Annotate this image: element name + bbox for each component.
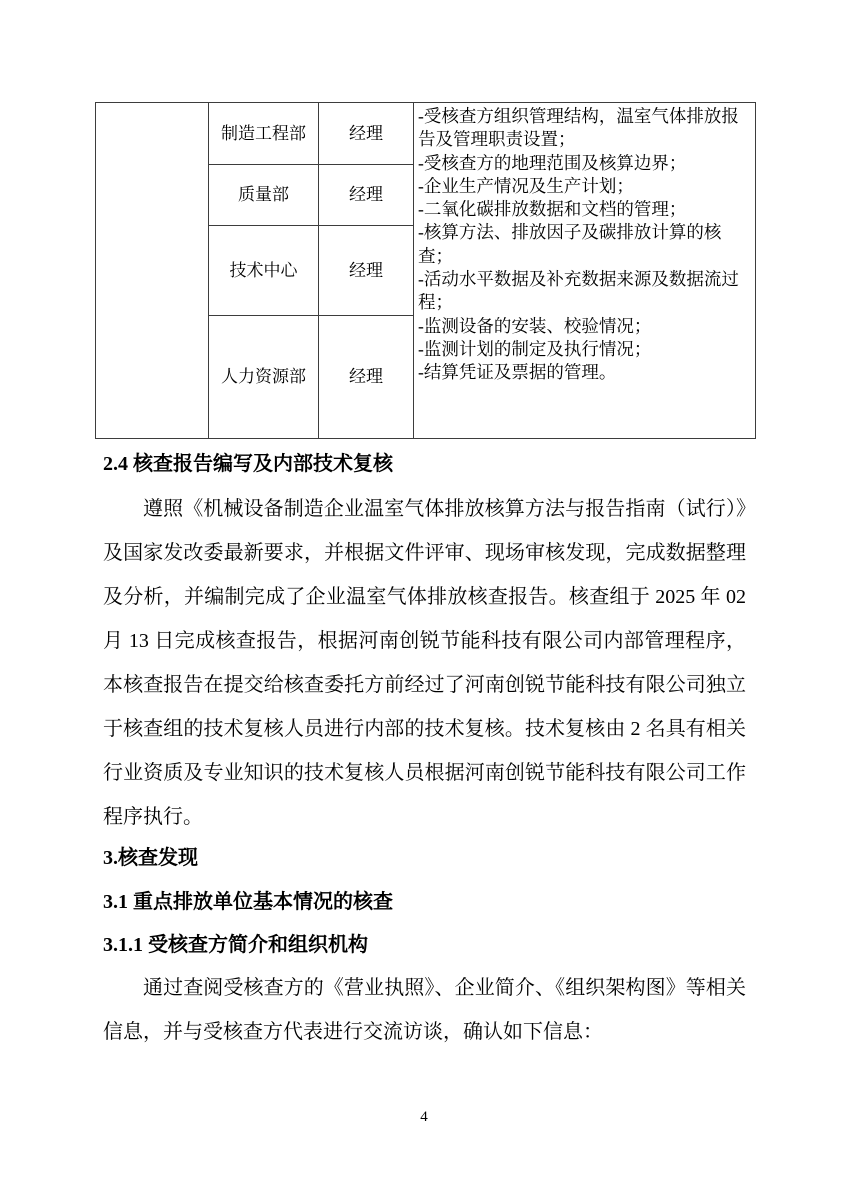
document-page: 制造工程部 经理 -受核查方组织管理结构，温室气体排放报告及管理职责设置； -受… <box>0 0 848 1200</box>
paragraph-company-intro: 通过查阅受核查方的《营业执照》、企业简介、《组织架构图》等相关信息，并与受核查方… <box>103 966 746 1054</box>
page-number: 4 <box>0 1108 848 1126</box>
topic-item: -活动水平数据及补充数据来源及数据流过程； <box>418 268 751 315</box>
interview-topics-cell: -受核查方组织管理结构，温室气体排放报告及管理职责设置； -受核查方的地理范围及… <box>414 103 756 439</box>
table-row: 制造工程部 经理 -受核查方组织管理结构，温室气体排放报告及管理职责设置； -受… <box>96 103 756 165</box>
section-heading-3-1-1: 3.1.1 受核查方简介和组织机构 <box>103 930 746 960</box>
topic-item: -监测设备的安装、校验情况； <box>418 315 751 338</box>
topic-item: -二氧化碳排放数据和文档的管理； <box>418 198 751 221</box>
paragraph-report-writing: 遵照《机械设备制造企业温室气体排放核算方法与报告指南（试行）》及国家发改委最新要… <box>103 487 746 839</box>
department-cell: 技术中心 <box>209 226 319 316</box>
position-cell: 经理 <box>319 316 414 439</box>
department-cell: 制造工程部 <box>209 103 319 165</box>
section-heading-2-4: 2.4 核查报告编写及内部技术复核 <box>103 449 746 479</box>
section-heading-3-1: 3.1 重点排放单位基本情况的核查 <box>103 887 746 917</box>
position-cell: 经理 <box>319 103 414 165</box>
section-heading-3: 3.核查发现 <box>103 843 746 873</box>
topic-item: -结算凭证及票据的管理。 <box>418 361 751 384</box>
interview-departments-table: 制造工程部 经理 -受核查方组织管理结构，温室气体排放报告及管理职责设置； -受… <box>95 102 756 439</box>
empty-merged-cell <box>96 103 209 439</box>
topic-item: -核算方法、排放因子及碳排放计算的核查； <box>418 221 751 268</box>
department-cell: 质量部 <box>209 165 319 226</box>
topic-item: -监测计划的制定及执行情况； <box>418 338 751 361</box>
position-cell: 经理 <box>319 165 414 226</box>
topic-item: -受核查方的地理范围及核算边界； <box>418 152 751 175</box>
topic-item: -受核查方组织管理结构，温室气体排放报告及管理职责设置； <box>418 105 751 152</box>
position-cell: 经理 <box>319 226 414 316</box>
document-body: 2.4 核查报告编写及内部技术复核 遵照《机械设备制造企业温室气体排放核算方法与… <box>103 445 746 1054</box>
topic-item: -企业生产情况及生产计划； <box>418 175 751 198</box>
department-cell: 人力资源部 <box>209 316 319 439</box>
